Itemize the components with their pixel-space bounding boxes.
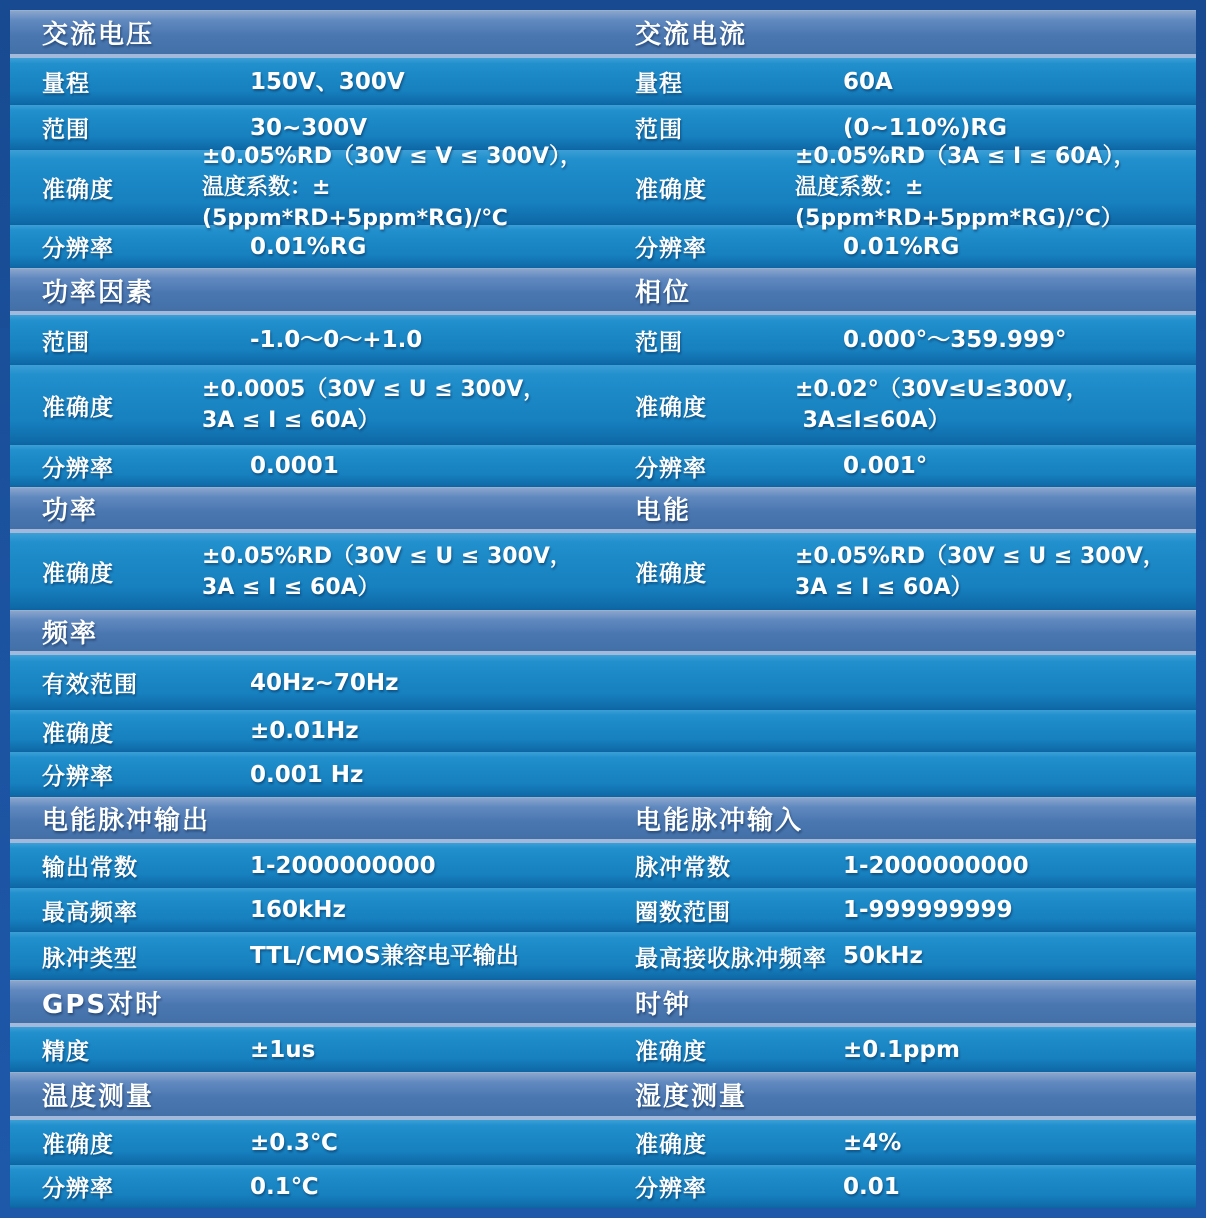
section-header-band: 温度测量 湿度测量	[10, 1072, 1196, 1120]
section-title-frequency: 频率	[10, 613, 98, 650]
section-header-band: GPS对时 时钟	[10, 980, 1196, 1027]
spec-label: 范围	[603, 324, 843, 357]
spec-value: -1.0～0～+1.0	[250, 324, 422, 356]
spec-row: 有效范围40Hz~70Hz	[10, 655, 1196, 710]
spec-value: 40Hz~70Hz	[250, 667, 399, 699]
spec-row: 准确度±0.05%RD（30V ≤ V ≤ 300V）， 温度系数：±(5ppm…	[10, 150, 1196, 225]
spec-label: 分辨率	[10, 230, 250, 263]
spec-row: 精度±1us 准确度±0.1ppm	[10, 1027, 1196, 1072]
spec-label: 量程	[10, 65, 250, 98]
spec-value: 0.001 Hz	[250, 759, 363, 791]
spec-label: 分辨率	[603, 450, 843, 483]
spec-value: TTL/CMOS兼容电平输出	[250, 940, 519, 972]
section-title-humidity: 湿度测量	[603, 1076, 747, 1113]
spec-label: 准确度	[10, 715, 250, 748]
spec-row: 分辨率0.01%RG 分辨率0.01%RG	[10, 225, 1196, 268]
spec-row: 量程150V、300V 量程60A	[10, 58, 1196, 105]
section-title-power-factor: 功率因素	[10, 272, 154, 309]
spec-row: 分辨率0.001 Hz	[10, 752, 1196, 797]
spec-value: ±0.05%RD（30V ≤ U ≤ 300V， 3A ≤ I ≤ 60A）	[795, 541, 1165, 603]
spec-label: 分辨率	[603, 230, 843, 263]
spec-value: 1-2000000000	[250, 850, 436, 882]
spec-value: 30~300V	[250, 112, 367, 144]
spec-label: 范围	[10, 324, 250, 357]
spec-label: 准确度	[10, 1126, 250, 1159]
spec-label: 分辨率	[10, 450, 250, 483]
section-header-left: 交流电压	[10, 11, 603, 54]
spec-value: ±0.01Hz	[250, 715, 359, 747]
spec-value: ±0.05%RD（30V ≤ V ≤ 300V）， 温度系数：±(5ppm*RD…	[202, 141, 603, 234]
spec-label: 最高频率	[10, 894, 250, 927]
spec-value: 1-2000000000	[843, 850, 1029, 882]
spec-value: 160kHz	[250, 894, 346, 926]
spec-label: 准确度	[603, 1126, 843, 1159]
section-title-energy-pulse-input: 电能脉冲输入	[603, 800, 803, 837]
spec-value: 1-999999999	[843, 894, 1013, 926]
spec-value: 0.000°～359.999°	[843, 324, 1067, 356]
spec-value: 0.01%RG	[250, 231, 366, 263]
section-title-gps-sync: GPS对时	[10, 984, 163, 1021]
spec-row: 输出常数1-2000000000 脉冲常数1-2000000000	[10, 843, 1196, 888]
spec-value: ±1us	[250, 1034, 315, 1066]
spec-row: 范围-1.0～0～+1.0 范围0.000°～359.999°	[10, 315, 1196, 365]
spec-value: ±0.05%RD（30V ≤ U ≤ 300V， 3A ≤ I ≤ 60A）	[202, 541, 572, 603]
spec-row: 准确度±0.05%RD（30V ≤ U ≤ 300V， 3A ≤ I ≤ 60A…	[10, 533, 1196, 610]
spec-label: 圈数范围	[603, 894, 843, 927]
section-title-phase: 相位	[603, 272, 691, 309]
spec-value: ±4%	[843, 1127, 901, 1159]
spec-label: 输出常数	[10, 849, 250, 882]
spec-value: ±0.05%RD（3A ≤ I ≤ 60A）， 温度系数：±(5ppm*RD+5…	[795, 141, 1196, 234]
spec-label: 分辨率	[10, 1170, 250, 1203]
section-title-clock: 时钟	[603, 984, 691, 1021]
spec-value: 0.001°	[843, 450, 927, 482]
spec-row: 分辨率0.1℃ 分辨率0.01	[10, 1165, 1196, 1208]
spec-row: 脉冲类型TTL/CMOS兼容电平输出 最高接收脉冲频率50kHz	[10, 932, 1196, 980]
spec-label: 脉冲类型	[10, 940, 250, 973]
spec-value: 0.1℃	[250, 1171, 319, 1203]
spec-row: 准确度±0.01Hz	[10, 710, 1196, 752]
spec-row: 最高频率160kHz 圈数范围1-999999999	[10, 888, 1196, 932]
spec-value: 0.01	[843, 1171, 900, 1203]
spec-value: ±0.1ppm	[843, 1034, 960, 1066]
spec-row: 准确度±0.0005（30V ≤ U ≤ 300V， 3A ≤ I ≤ 60A）…	[10, 365, 1196, 445]
section-header-right: 交流电流	[603, 11, 1196, 54]
section-title-energy-pulse-output: 电能脉冲输出	[10, 800, 210, 837]
spec-value: ±0.3℃	[250, 1127, 338, 1159]
section-header-band: 交流电压 交流电流	[10, 10, 1196, 58]
spec-value: 50kHz	[843, 940, 923, 972]
section-header-band: 频率	[10, 610, 1196, 655]
spec-table: 交流电压 交流电流 量程150V、300V 量程60A 范围30~300V 范围…	[0, 0, 1206, 1218]
spec-value: 0.0001	[250, 450, 339, 482]
spec-label: 分辨率	[603, 1170, 843, 1203]
spec-label: 脉冲常数	[603, 849, 843, 882]
spec-label: 范围	[603, 111, 843, 144]
spec-value: 150V、300V	[250, 66, 405, 98]
section-header-band: 功率 电能	[10, 487, 1196, 533]
spec-row: 准确度±0.3℃ 准确度±4%	[10, 1120, 1196, 1165]
section-title-power: 功率	[10, 490, 98, 527]
section-title-ac-voltage: 交流电压	[10, 14, 154, 51]
spec-label: 分辨率	[10, 758, 250, 791]
section-header-band: 电能脉冲输出 电能脉冲输入	[10, 797, 1196, 843]
section-title-ac-current: 交流电流	[603, 14, 747, 51]
spec-label: 准确度	[603, 1033, 843, 1066]
spec-label: 精度	[10, 1033, 250, 1066]
spec-label: 有效范围	[10, 666, 250, 699]
spec-value: (0~110%)RG	[843, 112, 1007, 144]
spec-label: 范围	[10, 111, 250, 144]
spec-label: 最高接收脉冲频率	[603, 940, 843, 973]
section-title-temperature: 温度测量	[10, 1076, 154, 1113]
spec-value: ±0.02°（30V≤U≤300V， 3A≤I≤60A）	[795, 374, 1088, 436]
spec-label: 量程	[603, 65, 843, 98]
spec-value: ±0.0005（30V ≤ U ≤ 300V， 3A ≤ I ≤ 60A）	[202, 374, 545, 436]
spec-row: 分辨率0.0001 分辨率0.001°	[10, 445, 1196, 487]
section-header-band: 功率因素 相位	[10, 268, 1196, 315]
spec-value: 0.01%RG	[843, 231, 959, 263]
section-title-energy: 电能	[603, 490, 691, 527]
spec-value: 60A	[843, 66, 893, 98]
